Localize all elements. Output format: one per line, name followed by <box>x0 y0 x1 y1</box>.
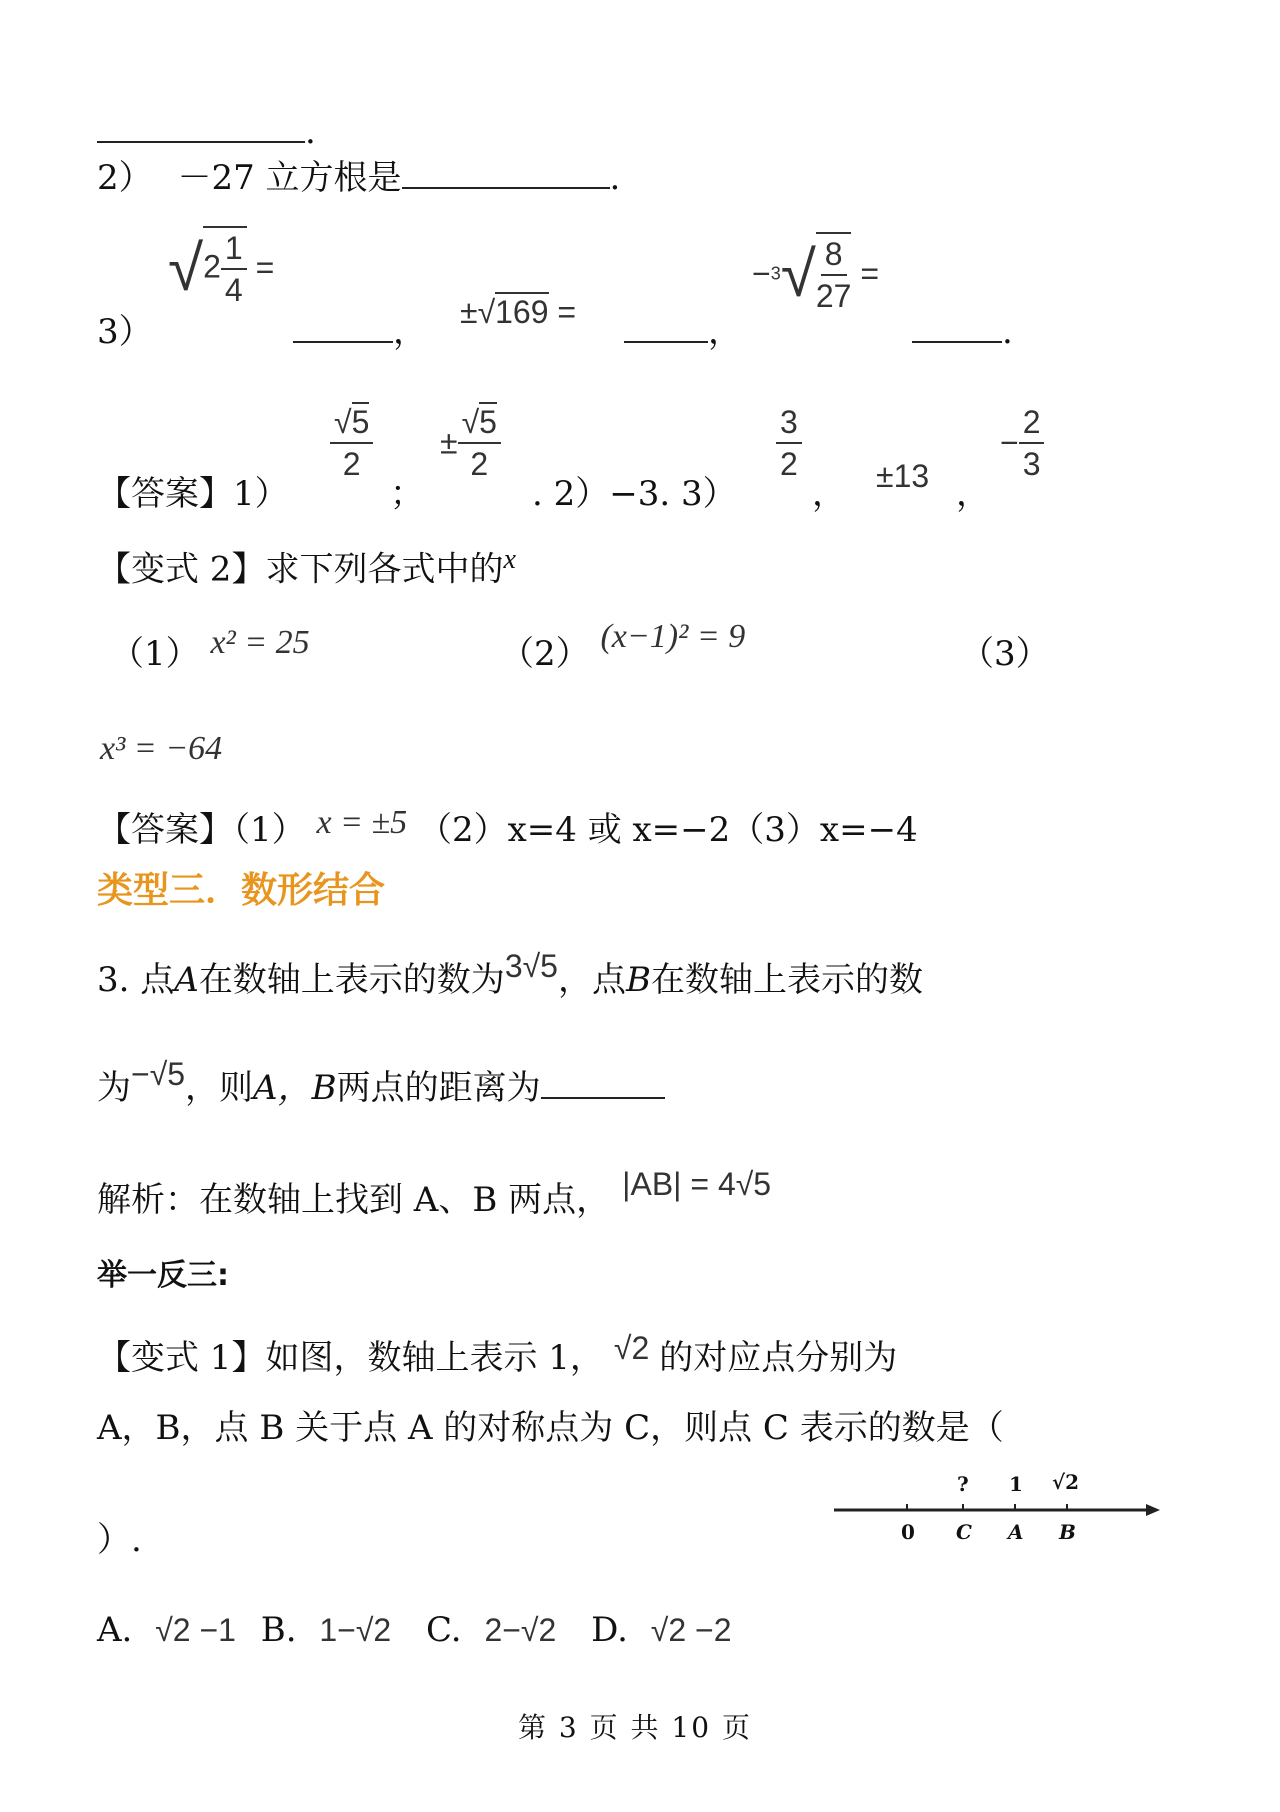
radicand: 5 <box>352 402 370 440</box>
plus-minus: ± <box>440 425 458 461</box>
radical-icon: √ <box>781 238 816 310</box>
denominator: 27 <box>816 276 852 316</box>
option-B[interactable]: B. 1−√2 <box>261 1610 391 1650</box>
option-expr: √2 −2 <box>651 1612 732 1648</box>
question-3-label: 3） <box>97 312 153 352</box>
variant-2-item-2: （2） (x−1)² = 9 <box>500 634 745 675</box>
problem-text: ，则 <box>185 1068 253 1108</box>
period: . <box>610 158 621 198</box>
denominator: 3 <box>1023 444 1041 484</box>
problem-text: 在数轴上表示的数 <box>651 960 923 1000</box>
item-expr: (x−1)² = 9 <box>600 618 745 655</box>
tick-label-one: 1 <box>1009 1472 1023 1496</box>
problem-text: 两点的距离为 <box>337 1068 541 1108</box>
comma: ， <box>812 474 846 514</box>
question-text: －27 立方根是 <box>177 158 401 198</box>
problem-text: 在数轴上表示的数为 <box>199 960 505 1000</box>
question-2: 2） －27 立方根是. <box>97 158 620 198</box>
analysis: 解析：在数轴上找到 A、B 两点，|AB| = 4√5 <box>97 1180 771 1220</box>
fraction: 32 <box>776 402 802 484</box>
variable: x <box>503 544 515 575</box>
math-value: √2 <box>614 1330 649 1366</box>
expr-sqrt-mixed: √ 214 = <box>168 226 274 310</box>
minus: − <box>1000 425 1019 461</box>
variant-2-title: 【变式 2】求下列各式中的x <box>97 540 516 589</box>
point-label: A <box>174 960 199 1000</box>
answer-blank <box>624 341 708 343</box>
answer-text: （2）x=4 或 x=−2（3）x=−4 <box>418 810 918 850</box>
fraction: 827 <box>816 234 852 316</box>
denominator: 2 <box>470 444 488 484</box>
option-label: A. <box>97 1610 132 1650</box>
expr-plusminus-sqrt169: ±√169 = <box>460 294 576 331</box>
option-label: D. <box>591 1610 628 1650</box>
analysis-result: |AB| = 4√5 <box>622 1166 771 1202</box>
answer-blank <box>402 187 610 189</box>
radical-icon: √ <box>478 294 496 330</box>
point-label-A: A <box>1008 1520 1024 1544</box>
item-label: （1） <box>110 634 200 674</box>
equals: = <box>860 256 879 292</box>
radical-icon: √ <box>168 232 203 304</box>
radical-icon: √ <box>462 404 480 440</box>
item-expr: x² = 25 <box>210 624 309 661</box>
tick-label-question: ? <box>957 1472 969 1496</box>
blank-2: ， <box>624 312 742 352</box>
equals: = <box>256 250 275 286</box>
variant-1-line-1: 【变式 1】如图，数轴上表示 1，√2的对应点分别为 <box>97 1338 897 1378</box>
answer-blank <box>293 341 393 343</box>
numerator: 8 <box>821 234 847 276</box>
answer-1-a2: ±√52 <box>440 402 501 484</box>
answer-blank <box>912 341 1002 343</box>
point-label: B <box>626 960 651 1000</box>
radical-icon: √ <box>334 404 352 440</box>
option-expr: 2−√2 <box>484 1612 556 1648</box>
section-heading: 类型三．数形结合 <box>97 862 385 913</box>
equals: = <box>557 294 576 330</box>
fraction: √52 <box>458 402 501 484</box>
denominator: 4 <box>225 270 243 310</box>
variant-text: 的对应点分别为 <box>659 1338 897 1378</box>
practice-label: 举一反三: <box>97 1250 229 1294</box>
blank-line <box>97 141 305 143</box>
answer-1-label: 【答案】1） <box>97 474 289 514</box>
option-expr: √2 −1 <box>155 1612 236 1648</box>
blank-3: . <box>912 312 1013 352</box>
numerator: 3 <box>776 402 802 444</box>
option-expr: 1−√2 <box>319 1612 391 1648</box>
radicand: 169 <box>495 292 548 330</box>
option-A[interactable]: A. √2 −1 <box>97 1610 236 1650</box>
point-labels: A，B <box>253 1068 337 1108</box>
answer-1-a5: −23 <box>1000 402 1044 484</box>
radicand: 5 <box>479 402 497 440</box>
answer-1-mid: . 2）−3. 3） <box>532 474 737 514</box>
whole-part: 2 <box>203 248 221 284</box>
plus-minus: ± <box>460 294 478 330</box>
variant-title: 【变式 2】求下列各式中的 <box>97 549 503 589</box>
comma: ， <box>956 474 990 514</box>
answer-1-a1: √52 <box>330 402 373 484</box>
fraction: 23 <box>1019 402 1045 484</box>
period: . <box>305 112 316 152</box>
period: . <box>1002 312 1013 352</box>
point-label-0: 0 <box>901 1520 915 1544</box>
tick-label-sqrt2: √2 <box>1052 1470 1079 1494</box>
number-line-axis <box>830 1470 1160 1550</box>
denominator: 2 <box>343 444 361 484</box>
item-label: （2） <box>500 634 590 674</box>
answer-expr: x = ±5 <box>316 804 407 841</box>
answer-blank <box>541 1097 665 1099</box>
problem-3-line-2: 为−√5，则A，B两点的距离为 <box>97 1068 665 1108</box>
minus: − <box>752 256 771 292</box>
math-value: −√5 <box>131 1056 185 1092</box>
expr-neg-cuberoot: −3√827 = <box>752 232 879 316</box>
answer-1-a3: 32 <box>776 402 802 484</box>
semicolon: ； <box>390 474 424 514</box>
point-label-B: B <box>1059 1520 1076 1544</box>
top-answer-blank: . <box>97 112 316 152</box>
variant-2-item-3-label: （3） <box>960 634 1050 674</box>
answer-1-a4: ±13 <box>876 458 929 495</box>
answer-label: 【答案】（1） <box>97 810 306 850</box>
comma: ， <box>708 312 742 352</box>
variant-2-item-3-expr: x³ = −64 <box>100 730 222 768</box>
root-index: 3 <box>771 264 781 284</box>
point-label-C: C <box>956 1520 972 1544</box>
variant-1-line-3: ）. <box>97 1520 142 1560</box>
blank-1: ， <box>293 312 427 352</box>
analysis-text: 解析：在数轴上找到 A、B 两点， <box>97 1180 610 1220</box>
option-D[interactable]: D. √2 −2 <box>591 1610 731 1650</box>
answer-2: 【答案】（1） x = ±5 （2）x=4 或 x=−2（3）x=−4 <box>97 810 918 851</box>
question-label: 2） <box>97 158 153 198</box>
problem-text: 为 <box>97 1068 131 1108</box>
fraction: √52 <box>330 402 373 484</box>
problem-text: 3. 点 <box>97 960 174 1000</box>
number-line-figure: ? 1 √2 0 C A B <box>830 1470 1160 1550</box>
variant-text: 【变式 1】如图，数轴上表示 1， <box>97 1338 604 1378</box>
page-footer: 第 3 页 共 10 页 <box>518 1706 752 1746</box>
denominator: 2 <box>780 444 798 484</box>
math-value: 3√5 <box>505 948 558 984</box>
numerator: 1 <box>221 228 247 270</box>
problem-3-line-1: 3. 点A在数轴上表示的数为3√5，点B在数轴上表示的数 <box>97 960 923 1000</box>
variant-1-line-2: A，B，点 B 关于点 A 的对称点为 C，则点 C 表示的数是（ <box>97 1408 1004 1448</box>
option-label: C. <box>426 1610 462 1650</box>
problem-text: ，点 <box>558 960 626 1000</box>
option-label: B. <box>261 1610 297 1650</box>
fraction: 14 <box>221 228 247 310</box>
numerator: 2 <box>1019 402 1045 444</box>
options-row: A. √2 −1 B. 1−√2 C. 2−√2 D. √2 −2 <box>97 1610 732 1650</box>
comma: ， <box>393 312 427 352</box>
variant-2-item-1: （1） x² = 25 <box>110 634 310 675</box>
option-C[interactable]: C. 2−√2 <box>426 1610 556 1650</box>
